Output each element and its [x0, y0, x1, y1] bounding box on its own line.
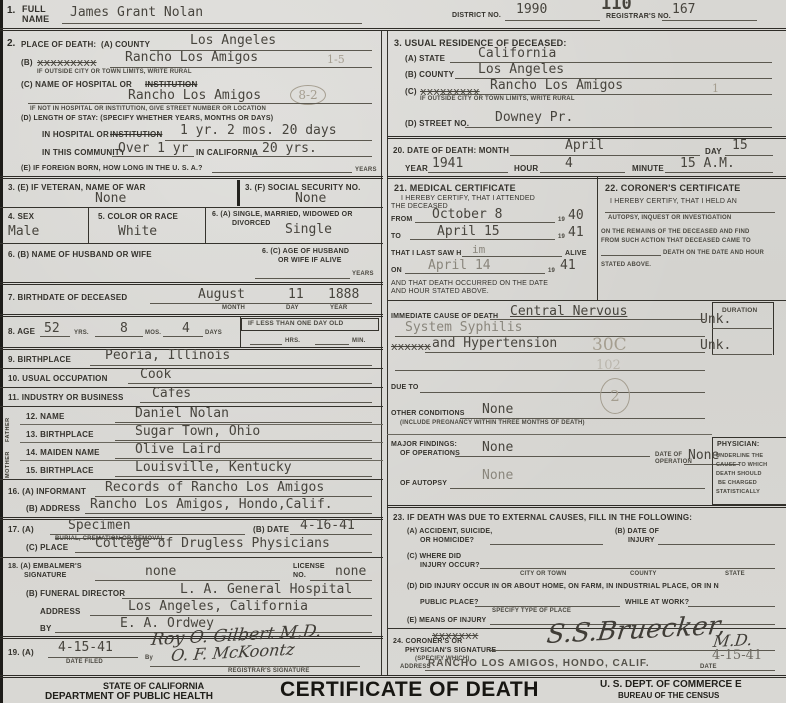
public-place-line [475, 606, 620, 607]
sec2-california-value: 20 yrs. [262, 141, 317, 156]
industry-label: 11. INDUSTRY OR BUSINESS [8, 393, 124, 402]
physician-note-3: DEATH SHOULD [716, 471, 762, 477]
other-conditions-line [460, 418, 705, 419]
sex-value: Male [8, 224, 39, 239]
sec2-community-value: Over 1 yr [118, 141, 188, 156]
sec9-bottom [0, 368, 383, 369]
less-than-day-label: IF LESS THAN ONE DAY OLD [248, 320, 343, 327]
birthplace-line [90, 365, 372, 366]
residence-city-line [440, 94, 772, 95]
spouse-name-label: 6. (B) NAME OF HUSBAND OR WIFE [8, 250, 152, 259]
physician-signature-date: 4-15-41 [712, 648, 762, 663]
death-hour-value: 4 [565, 156, 573, 171]
mother-birthplace-value: Louisville, Kentucky [135, 460, 292, 475]
major-findings-divider [387, 434, 712, 435]
death-year-value: 1941 [432, 156, 463, 171]
dueto-line2 [420, 392, 705, 393]
other-conditions-note: (INCLUDE PREGNANCY WITHIN THREE MONTHS O… [400, 420, 585, 426]
injury-date-line [658, 544, 775, 545]
age-days-sublabel: DAYS [205, 330, 222, 336]
public-place-label: PUBLIC PLACE? [420, 599, 479, 606]
sec2-city-struck-x: xxxxxxxxx [37, 56, 97, 69]
column-divider-right [387, 31, 388, 675]
accident-label2: OR HOMICIDE? [420, 537, 474, 544]
pencil-circled-2: 2 [600, 378, 630, 414]
medical-from-year: 40 [568, 208, 584, 223]
sec2-hospital-value: Rancho Los Amigos [128, 88, 261, 103]
sec2-title: PLACE OF DEATH: [21, 40, 96, 49]
death-year-label: YEAR [405, 164, 428, 173]
coroner-line2 [601, 255, 661, 256]
father-name-label: 12. NAME [26, 412, 65, 421]
residence-city-note: IF OUTSIDE CITY OR TOWN LIMITS, WRITE RU… [420, 96, 575, 102]
license-line [310, 580, 372, 581]
while-at-work-label: WHILE AT WORK? [625, 599, 689, 606]
immediate-cause-label: IMMEDIATE CAUSE OF DEATH [391, 313, 498, 320]
physician-address-stamp: RANCHO LOS AMIGOS, HONDO, CALIF. [428, 658, 650, 669]
physician-note-title: PHYSICIAN: [717, 441, 759, 448]
sec10-bottom [0, 387, 383, 388]
disposition-label: 17. (A) [8, 525, 34, 534]
header-divider [0, 28, 786, 31]
birthplace-value: Peoria, Illinois [105, 348, 230, 363]
date-filed-label: 19. (A) [8, 648, 34, 657]
disposition-date-line [290, 534, 372, 535]
sec2-city-note: IF OUTSIDE CITY OR TOWN LIMITS, WRITE RU… [37, 69, 192, 75]
embalmer-line [95, 580, 280, 581]
age-hrs-line [250, 344, 282, 345]
sec2-city-pencil-mark: 1-5 [327, 53, 345, 66]
footer-department: DEPARTMENT OF PUBLIC HEALTH [45, 691, 213, 702]
medical-to-19: 19 [558, 234, 565, 240]
autopsy-value: None [482, 468, 513, 483]
sec2-county-value: Los Angeles [190, 33, 276, 48]
medical-from-19: 19 [558, 217, 565, 223]
spouse-age-line [255, 278, 350, 279]
physician-signature-bruecker: S.S.Bruecker, [545, 611, 728, 650]
autopsy-line [450, 488, 705, 489]
age-yrs-line [40, 336, 70, 337]
license-label-line2: NO. [293, 572, 306, 579]
duration-line2 [712, 354, 772, 355]
death-month-value: April [565, 138, 604, 153]
duration-value2: Unk. [700, 338, 731, 353]
date-filed-line [48, 657, 138, 658]
mother-vertical-label: MOTHER [5, 446, 11, 478]
funeral-address-value: Los Angeles, California [128, 599, 308, 614]
occupation-label: 10. USUAL OCCUPATION [8, 374, 108, 383]
embalmer-label-line2: SIGNATURE [24, 572, 67, 579]
coroner-cert-sub1: AUTOPSY, INQUEST OR INVESTIGATION [608, 215, 731, 221]
duration-line1 [712, 328, 772, 329]
registrar-by-label: By [145, 655, 153, 661]
informant-address-label: (B) ADDRESS [26, 504, 80, 513]
means-of-injury-label: (E) MEANS OF INJURY [407, 617, 486, 624]
other-conditions-value: None [482, 402, 513, 417]
injury-where-county-sublabel: COUNTY [630, 571, 657, 577]
public-place-sublabel: SPECIFY TYPE OF PLACE [492, 608, 571, 614]
funeral-address-label: ADDRESS [40, 607, 81, 616]
injury-date-label1: (B) DATE OF [615, 528, 659, 535]
injury-where-label2: INJURY OCCUR? [420, 562, 480, 569]
sec2-community-line [112, 156, 194, 157]
father-birthplace-value: Sugar Town, Ohio [135, 424, 260, 439]
age-mos-line [95, 336, 143, 337]
district-no-value: 1990 [516, 2, 547, 17]
death-certificate-scan: 1. FULL NAME James Grant Nolan DISTRICT … [0, 0, 786, 703]
death-minute-label: MINUTE [632, 164, 664, 173]
sec2-city-value: Rancho Los Amigos [125, 50, 258, 65]
column-divider-left [381, 31, 382, 675]
residence-street-label: (D) STREET NO. [405, 119, 469, 128]
medical-on-year: 41 [560, 258, 576, 273]
death-minute-line [665, 172, 773, 173]
physician-note-1: UNDERLINE THE [716, 453, 763, 459]
spouse-age-label-line2: OR WIFE IF ALIVE [278, 257, 342, 264]
physician-signature-label2: PHYSICIAN'S SIGNATURE [405, 647, 496, 654]
sec2122-bottom [387, 300, 786, 301]
sec2-county-label: (A) COUNTY [101, 40, 150, 49]
physician-note-4: BE CHARGED [718, 480, 757, 486]
medical-on-value: April 14 [428, 258, 491, 273]
coroner-cert-body2: ON THE REMAINS OF THE DECEASED AND FIND [601, 229, 750, 235]
footer-us-dept: U. S. DEPT. OF COMMERCE E [600, 679, 742, 690]
occupation-value: Cook [140, 367, 171, 382]
autopsy-label: OF AUTOPSY [400, 480, 447, 487]
veteran-war-value: None [95, 191, 126, 206]
physician-note-5: STATISTICALLY [716, 489, 760, 495]
informant-address-value: Rancho Los Amigos, Hondo,Calif. [90, 497, 333, 512]
footer-state: STATE OF CALIFORNIA [103, 681, 204, 691]
race-value: White [118, 224, 157, 239]
medical-to-label: TO [391, 233, 401, 240]
major-findings-label1: MAJOR FINDINGS: [391, 441, 457, 448]
informant-label: 16. (A) INFORMANT [8, 487, 86, 496]
medical-saw-label: THAT I LAST SAW H [391, 250, 462, 257]
accident-label1: (A) ACCIDENT, SUICIDE, [407, 528, 492, 535]
sec2-stay-label: (D) LENGTH OF STAY: (SPECIFY WHETHER YEA… [21, 115, 273, 122]
birthdate-year-sublabel: YEAR [330, 305, 347, 311]
injury-home-label: (D) DID INJURY OCCUR IN OR ABOUT HOME, O… [407, 583, 719, 590]
date-filed-value: 4-15-41 [58, 640, 113, 655]
spouse-age-years-label: YEARS [352, 271, 374, 277]
full-name-line [62, 23, 362, 24]
disposition-value: Specimen [68, 518, 131, 533]
date-filed-sublabel: DATE FILED [66, 659, 103, 665]
age-days-value: 4 [182, 321, 190, 336]
field1-label-line2: NAME [22, 14, 49, 24]
age-months-value: 8 [120, 321, 128, 336]
funeral-director-label: (B) FUNERAL DIRECTOR [26, 589, 125, 598]
disposition-line [50, 534, 245, 535]
row3ef-divider [237, 180, 240, 206]
sec20-bottom [387, 176, 786, 179]
death-hour-line [540, 172, 625, 173]
medical-from-line [415, 222, 555, 223]
medical-cert-body1: I HEREBY CERTIFY, THAT I ATTENDED [401, 195, 535, 202]
birthdate-day: 11 [288, 287, 304, 302]
age-years-value: 52 [44, 321, 60, 336]
residence-county-label: (B) COUNTY [405, 70, 454, 79]
death-day-label: DAY [705, 147, 722, 156]
birthdate-month: August [198, 287, 245, 302]
row456-bottom [0, 243, 383, 244]
operations-value: None [482, 440, 513, 455]
injury-where-label1: (C) WHERE DID [407, 553, 461, 560]
marital-value: Single [285, 222, 332, 237]
dueto-value: and Hypertension [432, 336, 557, 351]
father-birthplace-label: 13. BIRTHPLACE [26, 430, 94, 439]
medical-on-label: ON [391, 267, 402, 274]
age-years-sublabel: YRS. [74, 330, 89, 336]
father-name-value: Daniel Nolan [135, 406, 229, 421]
sec2-california-label: IN CALIFORNIA [196, 148, 258, 157]
license-value: none [335, 564, 366, 579]
medical-to-value: April 15 [437, 224, 500, 239]
major-findings-label2: OF OPERATIONS [400, 450, 460, 457]
sec2-foreign-line [212, 172, 352, 173]
embalmer-label-line1: 18. (A) EMBALMER'S [8, 563, 82, 570]
death-date-label: 20. DATE OF DEATH: MONTH [393, 146, 509, 155]
registrar-no-line [662, 20, 757, 21]
medical-saw-line [462, 256, 562, 257]
mother-birthplace-line [115, 476, 372, 477]
ssn-value: None [295, 191, 326, 206]
sex-label: 4. SEX [8, 212, 34, 221]
registrar-signature-line [150, 666, 360, 667]
industry-value: Cafes [152, 386, 191, 401]
pencil-code-30c: 30C [592, 335, 627, 355]
medical-to-year: 41 [568, 225, 584, 240]
cause-bottom [387, 505, 786, 508]
sec2-stay-hospital-label: IN HOSPITAL OR [42, 130, 109, 139]
row6bc-bottom [0, 282, 383, 285]
footer-certificate-title: CERTIFICATE OF DEATH [280, 678, 539, 702]
accident-line [490, 544, 603, 545]
marital-label-line1: 6. (A) SINGLE, MARRIED, WIDOWED OR [212, 211, 353, 218]
footer-bureau: BUREAU OF THE CENSUS [618, 691, 719, 700]
death-minute-value: 15 A.M. [680, 156, 735, 171]
residence-city-value: Rancho Los Amigos [490, 78, 623, 93]
birthdate-label: 7. BIRTHDATE OF DECEASED [8, 293, 127, 302]
sec2-number: 2. [7, 38, 15, 49]
full-name-value: James Grant Nolan [70, 5, 203, 20]
sec7-bottom [0, 314, 383, 317]
field1-label-line1: FULL [22, 4, 46, 14]
medical-from-value: October 8 [432, 207, 502, 222]
medical-cert-body3: AND THAT DEATH OCCURRED ON THE DATE [391, 280, 548, 287]
disposition-date-value: 4-16-41 [300, 518, 355, 533]
coroner-cert-body4: DEATH ON THE DATE AND HOUR [663, 250, 764, 256]
birthdate-day-sublabel: DAY [286, 305, 299, 311]
age-label: 8. AGE [8, 327, 35, 336]
coroner-line1 [605, 212, 775, 213]
physician-signature-label1: 24. CORONER'S OR [393, 638, 462, 645]
death-hour-label: HOUR [514, 164, 538, 173]
sec2-stay-hospital-struck: INSTITUTION [110, 130, 162, 139]
disposition-place-line [75, 552, 372, 553]
industry-line [140, 402, 372, 403]
residence-state-value: California [478, 46, 556, 61]
funeral-by-label: BY [40, 624, 52, 633]
medical-saw-him: im [472, 243, 485, 256]
registrar-no-value: 167 [672, 2, 695, 17]
death-day-value: 15 [732, 138, 748, 153]
scan-left-edge [0, 0, 3, 703]
row456-div1 [88, 207, 89, 243]
coroner-cert-body3: FROM SUCH ACTION THAT DECEASED CAME TO [601, 238, 751, 244]
sec2-bottom-divider [0, 176, 383, 179]
operation-date-label1: DATE OF [655, 452, 682, 458]
disposition-place-label: (C) PLACE [26, 543, 68, 552]
age-months-sublabel: MOS. [145, 330, 161, 336]
funeral-director-value: L. A. General Hospital [180, 582, 352, 597]
medical-on-line [405, 273, 545, 274]
row456-div2 [205, 207, 206, 243]
duration-value1: Unk. [700, 312, 731, 327]
sec2-city-line [110, 67, 372, 68]
embalmer-value: none [145, 564, 176, 579]
marital-label-line2: DIVORCED [232, 220, 271, 227]
row3ef-bottom [0, 207, 383, 208]
sec2-hospital-note: IF NOT IN HOSPITAL OR INSTITUTION, GIVE … [30, 106, 266, 112]
external-causes-title: 23. IF DEATH WAS DUE TO EXTERNAL CAUSES,… [393, 513, 692, 522]
license-label-line1: LICENSE [293, 563, 325, 570]
race-label: 5. COLOR OR RACE [98, 212, 178, 221]
father-birthplace-line [115, 440, 372, 441]
medical-cert-body4: AND HOUR STATED ABOVE. [391, 288, 489, 295]
district-no-label: DISTRICT NO. [452, 12, 501, 19]
father-name-line [115, 422, 372, 423]
disposition-place-value: College of Drugless Physicians [95, 536, 330, 551]
physician-note-2: CAUSE TO WHICH [716, 462, 767, 468]
sec21-22-divider [597, 176, 598, 300]
coroner-cert-body5: STATED ABOVE. [601, 262, 651, 268]
coroner-cert-body1: I HEREBY CERTIFY, THAT I HELD AN [610, 198, 737, 205]
sec17-bottom [0, 557, 383, 558]
medical-alive-label: ALIVE [565, 250, 587, 257]
spouse-age-label-line1: 6. (C) AGE OF HUSBAND [262, 248, 349, 255]
immediate-cause-value2: System Syphilis [405, 320, 522, 335]
mother-maiden-label: 14. MAIDEN NAME [26, 448, 100, 457]
birthdate-line [150, 303, 372, 304]
sec2-hospital-pencil-mark: 8-2 [290, 85, 326, 105]
stamp-number-partial: 110 [601, 0, 632, 14]
physician-address-line [425, 670, 775, 671]
residence-county-value: Los Angeles [478, 62, 564, 77]
sec2-city-label: (B) [21, 58, 33, 67]
mother-maiden-line [115, 458, 372, 459]
age-min-sublabel: MIN. [352, 338, 365, 344]
residence-street-value: Downey Pr. [495, 110, 573, 125]
residence-state-label: (A) STATE [405, 54, 445, 63]
field1-number: 1. [7, 5, 15, 16]
sec2-years-label: YEARS [355, 167, 377, 173]
registrar-signature-sublabel: REGISTRAR'S SIGNATURE [228, 668, 310, 674]
informant-value: Records of Rancho Los Amigos [105, 480, 324, 495]
operations-line [455, 456, 650, 457]
residence-city-label: (C) [405, 87, 417, 96]
coroner-certificate-title: 22. CORONER'S CERTIFICATE [605, 183, 741, 193]
death-year-line [428, 172, 508, 173]
informant-address-line [85, 513, 372, 514]
injury-where-city-sublabel: CITY OR TOWN [520, 571, 567, 577]
birthdate-year: 1888 [328, 287, 359, 302]
sec2-stay-hospital-value: 1 yr. 2 mos. 20 days [180, 123, 337, 138]
residence-street-line [465, 127, 772, 128]
medical-from-label: FROM [391, 216, 412, 223]
injury-where-line [480, 568, 775, 569]
sec2-foreign-label: (E) IF FOREIGN BORN, HOW LONG IN THE U. … [21, 165, 203, 172]
medical-certificate-title: 21. MEDICAL CERTIFICATE [394, 183, 516, 193]
age-min-line [315, 344, 349, 345]
immediate-cause-value1: Central Nervous [510, 304, 627, 319]
birthplace-label: 9. BIRTHPLACE [8, 355, 71, 364]
mother-maiden-value: Olive Laird [135, 442, 221, 457]
mother-birthplace-label: 15. BIRTHPLACE [26, 466, 94, 475]
medical-to-line [410, 239, 555, 240]
sec2-california-line [252, 156, 372, 157]
age-days-line [163, 336, 203, 337]
sec2-hospital-label: (C) NAME OF HOSPITAL OR [21, 80, 132, 89]
injury-where-state-sublabel: STATE [725, 571, 745, 577]
registrar-no-label: REGISTRAR'S NO. [606, 13, 671, 20]
injury-date-label2: INJURY [628, 537, 655, 544]
while-at-work-line [688, 606, 775, 607]
blank-cause-line [395, 370, 705, 371]
death-month-line [510, 155, 700, 156]
medical-on-19: 19 [548, 268, 555, 274]
father-vertical-label: FATHER [5, 410, 11, 442]
occupation-line [128, 383, 372, 384]
dueto-label2: DUE TO [391, 384, 419, 391]
birthdate-month-sublabel: MONTH [222, 305, 245, 311]
disposition-date-label: (B) DATE [253, 525, 289, 534]
sec2-hospital-line [28, 103, 372, 104]
district-no-line [505, 20, 600, 21]
age-hrs-sublabel: HRS. [285, 338, 300, 344]
other-conditions-label: OTHER CONDITIONS [391, 410, 465, 417]
dueto-line [425, 352, 705, 353]
